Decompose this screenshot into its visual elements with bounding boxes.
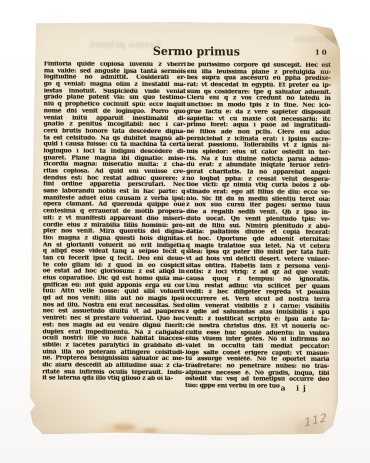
text-column-right: be purissimo corpore qd suscepit. Hec es… [185, 62, 331, 390]
show-through-text-left: Sermo primus [61, 40, 161, 51]
running-title: Sermo primus [153, 45, 240, 59]
folio-number: 10 [315, 48, 329, 57]
photographed-book-page-scene: Sermo primus Sermo primus Sermo primus 1… [0, 0, 370, 463]
signature-mark: a ij [265, 383, 325, 392]
show-through-text-right: Sermo primus [275, 34, 365, 44]
book-page: Sermo primus Sermo primus Sermo primus 1… [27, 20, 342, 440]
text-column-left: Finitoria quidē copiosa inveniū z vberri… [42, 61, 186, 383]
foxing-stain [113, 424, 135, 431]
text-line: it se laterna qdā illo vtiq glioso z ab … [42, 375, 184, 383]
handwritten-pencil-number: 112 [304, 411, 329, 430]
foxing-stain [143, 428, 157, 433]
